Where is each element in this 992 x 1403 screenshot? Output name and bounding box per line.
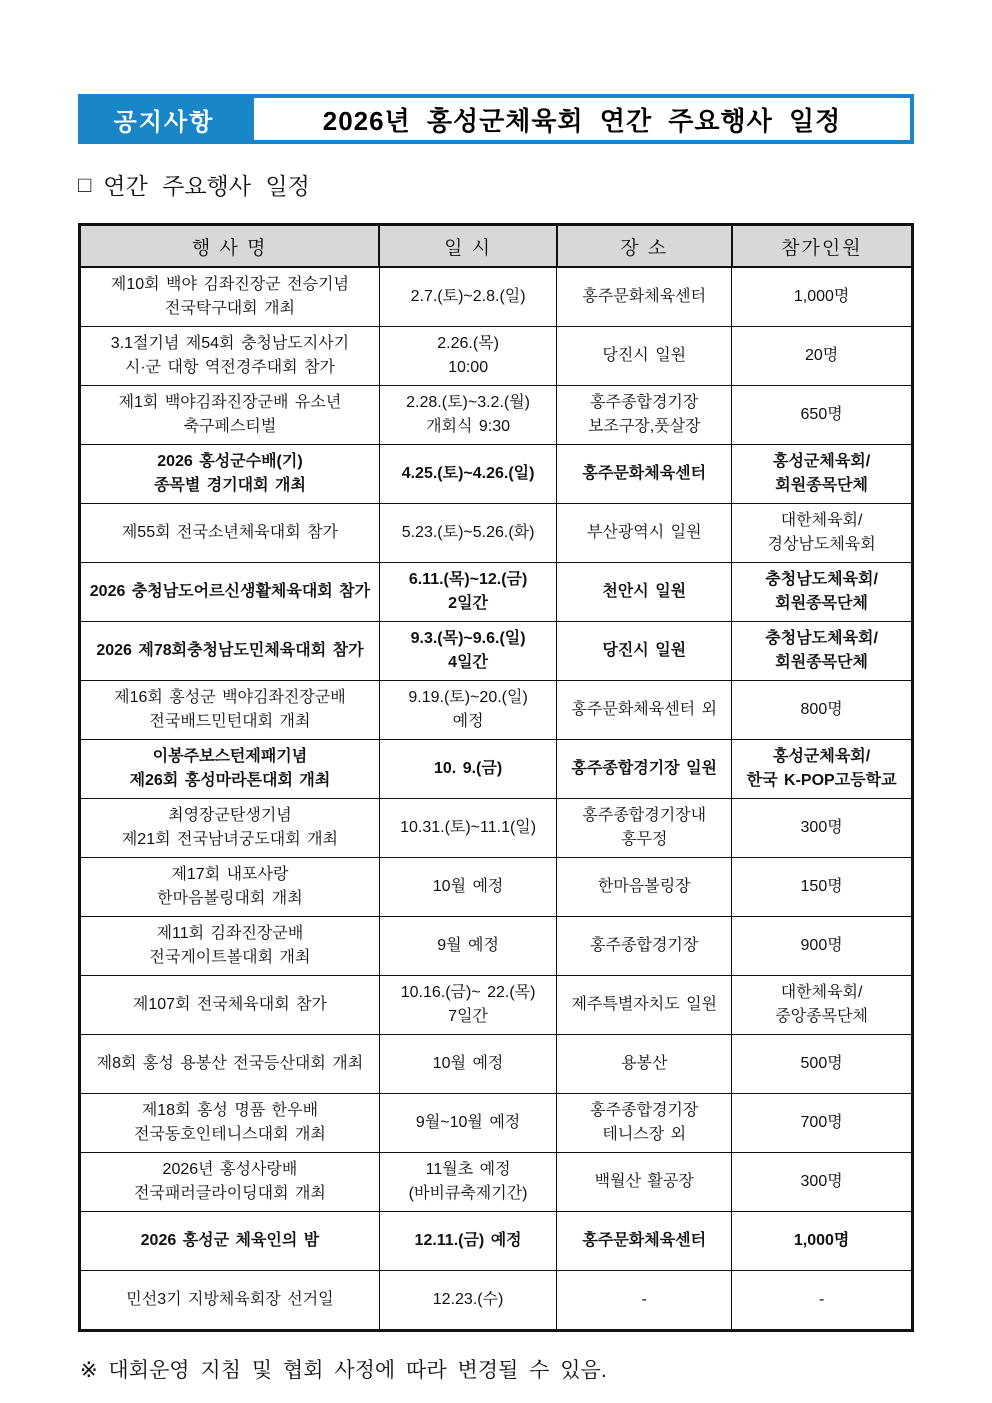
event-cell: 2026년 홍성사랑배 전국패러글라이딩대회 개최	[80, 1153, 380, 1212]
participants-cell: 900명	[732, 917, 913, 976]
participants-cell: 대한체육회/ 중앙종목단체	[732, 976, 913, 1035]
table-header-cell: 장 소	[557, 225, 732, 268]
table-row: 2026 홍성군 체육인의 밤12.11.(금) 예정홍주문화체육센터1,000…	[80, 1212, 913, 1271]
participants-cell: 300명	[732, 1153, 913, 1212]
place-cell: 제주특별자치도 일원	[557, 976, 732, 1035]
place-cell: 홍주문화체육센터	[557, 267, 732, 327]
place-cell: 천안시 일원	[557, 563, 732, 622]
participants-cell: 충청남도체육회/ 회원종목단체	[732, 563, 913, 622]
event-cell: 민선3기 지방체육회장 선거일	[80, 1271, 380, 1331]
table-row: 제8회 홍성 용봉산 전국등산대회 개최10월 예정용봉산500명	[80, 1035, 913, 1094]
participants-cell: 1,000명	[732, 267, 913, 327]
footnote: ※ 대회운영 지침 및 협회 사정에 따라 변경될 수 있음.	[78, 1354, 914, 1384]
place-cell: 홍주종합경기장 테니스장 외	[557, 1094, 732, 1153]
participants-cell: -	[732, 1271, 913, 1331]
table-header-row: 행 사 명일 시장 소참가인원	[80, 225, 913, 268]
event-cell: 제55회 전국소년체육대회 참가	[80, 504, 380, 563]
event-cell: 제18회 홍성 명품 한우배 전국동호인테니스대회 개최	[80, 1094, 380, 1153]
date-cell: 10. 9.(금)	[379, 740, 556, 799]
place-cell: -	[557, 1271, 732, 1331]
date-cell: 6.11.(목)~12.(금) 2일간	[379, 563, 556, 622]
participants-cell: 650명	[732, 386, 913, 445]
table-row: 3.1절기념 제54회 충청남도지사기 시·군 대항 역전경주대회 참가2.26…	[80, 327, 913, 386]
participants-cell: 700명	[732, 1094, 913, 1153]
event-cell: 제8회 홍성 용봉산 전국등산대회 개최	[80, 1035, 380, 1094]
table-row: 제11회 김좌진장군배 전국게이트볼대회 개최9월 예정홍주종합경기장900명	[80, 917, 913, 976]
date-cell: 9월 예정	[379, 917, 556, 976]
notice-page: 공지사항 2026년 홍성군체육회 연간 주요행사 일정 □ 연간 주요행사 일…	[78, 0, 914, 1384]
date-cell: 10.31.(토)~11.1(일)	[379, 799, 556, 858]
event-cell: 이봉주보스턴제패기념 제26회 홍성마라톤대회 개최	[80, 740, 380, 799]
date-cell: 2.28.(토)~3.2.(월) 개회식 9:30	[379, 386, 556, 445]
table-row: 제55회 전국소년체육대회 참가5.23.(토)~5.26.(화)부산광역시 일…	[80, 504, 913, 563]
place-cell: 용봉산	[557, 1035, 732, 1094]
participants-cell: 홍성군체육회/ 회원종목단체	[732, 445, 913, 504]
place-cell: 홍주문화체육센터 외	[557, 681, 732, 740]
date-cell: 2.26.(목) 10:00	[379, 327, 556, 386]
date-cell: 4.25.(토)~4.26.(일)	[379, 445, 556, 504]
square-bullet-icon: □	[78, 174, 91, 196]
event-cell: 제1회 백야김좌진장군배 유소년 축구페스티벌	[80, 386, 380, 445]
place-cell: 홍주종합경기장내 홍무정	[557, 799, 732, 858]
table-row: 제1회 백야김좌진장군배 유소년 축구페스티벌2.28.(토)~3.2.(월) …	[80, 386, 913, 445]
event-cell: 제10회 백야 김좌진장군 전승기념 전국탁구대회 개최	[80, 267, 380, 327]
table-row: 이봉주보스턴제패기념 제26회 홍성마라톤대회 개최10. 9.(금)홍주종합경…	[80, 740, 913, 799]
place-cell: 홍주종합경기장 보조구장,풋살장	[557, 386, 732, 445]
table-row: 제17회 내포사랑 한마음볼링대회 개최10월 예정한마음볼링장150명	[80, 858, 913, 917]
participants-cell: 500명	[732, 1035, 913, 1094]
participants-cell: 홍성군체육회/ 한국 K-POP고등학교	[732, 740, 913, 799]
place-cell: 홍주종합경기장 일원	[557, 740, 732, 799]
participants-cell: 충청남도체육회/ 회원종목단체	[732, 622, 913, 681]
place-cell: 당진시 일원	[557, 622, 732, 681]
table-row: 2026 충청남도어르신생활체육대회 참가6.11.(목)~12.(금) 2일간…	[80, 563, 913, 622]
participants-cell: 150명	[732, 858, 913, 917]
date-cell: 10.16.(금)~ 22.(목) 7일간	[379, 976, 556, 1035]
page-title: 2026년 홍성군체육회 연간 주요행사 일정	[250, 94, 914, 144]
table-row: 2026년 홍성사랑배 전국패러글라이딩대회 개최11월초 예정 (바비큐축제기…	[80, 1153, 913, 1212]
date-cell: 10월 예정	[379, 1035, 556, 1094]
table-row: 제18회 홍성 명품 한우배 전국동호인테니스대회 개최9월~10월 예정홍주종…	[80, 1094, 913, 1153]
table-header-cell: 일 시	[379, 225, 556, 268]
notice-header-bar: 공지사항 2026년 홍성군체육회 연간 주요행사 일정	[78, 94, 914, 144]
table-row: 민선3기 지방체육회장 선거일12.23.(수)--	[80, 1271, 913, 1331]
date-cell: 9.19.(토)~20.(일) 예정	[379, 681, 556, 740]
event-cell: 2026 홍성군 체육인의 밤	[80, 1212, 380, 1271]
table-row: 2026 제78회충청남도민체육대회 참가9.3.(목)~9.6.(일) 4일간…	[80, 622, 913, 681]
date-cell: 2.7.(토)~2.8.(일)	[379, 267, 556, 327]
date-cell: 12.11.(금) 예정	[379, 1212, 556, 1271]
place-cell: 당진시 일원	[557, 327, 732, 386]
place-cell: 백월산 활공장	[557, 1153, 732, 1212]
notice-badge: 공지사항	[78, 94, 250, 144]
table-row: 2026 홍성군수배(기) 종목별 경기대회 개최4.25.(토)~4.26.(…	[80, 445, 913, 504]
event-cell: 제16회 홍성군 백야김좌진장군배 전국배드민턴대회 개최	[80, 681, 380, 740]
participants-cell: 대한체육회/ 경상남도체육회	[732, 504, 913, 563]
date-cell: 10월 예정	[379, 858, 556, 917]
table-row: 제16회 홍성군 백야김좌진장군배 전국배드민턴대회 개최9.19.(토)~20…	[80, 681, 913, 740]
event-cell: 제107회 전국체육대회 참가	[80, 976, 380, 1035]
event-cell: 2026 충청남도어르신생활체육대회 참가	[80, 563, 380, 622]
place-cell: 홍주종합경기장	[557, 917, 732, 976]
event-cell: 최영장군탄생기념 제21회 전국남녀궁도대회 개최	[80, 799, 380, 858]
date-cell: 9월~10월 예정	[379, 1094, 556, 1153]
event-cell: 3.1절기념 제54회 충청남도지사기 시·군 대항 역전경주대회 참가	[80, 327, 380, 386]
date-cell: 9.3.(목)~9.6.(일) 4일간	[379, 622, 556, 681]
place-cell: 한마음볼링장	[557, 858, 732, 917]
event-cell: 2026 제78회충청남도민체육대회 참가	[80, 622, 380, 681]
participants-cell: 1,000명	[732, 1212, 913, 1271]
event-cell: 제17회 내포사랑 한마음볼링대회 개최	[80, 858, 380, 917]
event-cell: 2026 홍성군수배(기) 종목별 경기대회 개최	[80, 445, 380, 504]
section-heading: □ 연간 주요행사 일정	[78, 168, 914, 201]
place-cell: 홍주문화체육센터	[557, 1212, 732, 1271]
table-header-cell: 행 사 명	[80, 225, 380, 268]
event-cell: 제11회 김좌진장군배 전국게이트볼대회 개최	[80, 917, 380, 976]
table-header-cell: 참가인원	[732, 225, 913, 268]
place-cell: 부산광역시 일원	[557, 504, 732, 563]
table-row: 제107회 전국체육대회 참가10.16.(금)~ 22.(목) 7일간제주특별…	[80, 976, 913, 1035]
participants-cell: 300명	[732, 799, 913, 858]
table-row: 제10회 백야 김좌진장군 전승기념 전국탁구대회 개최2.7.(토)~2.8.…	[80, 267, 913, 327]
place-cell: 홍주문화체육센터	[557, 445, 732, 504]
schedule-table: 행 사 명일 시장 소참가인원 제10회 백야 김좌진장군 전승기념 전국탁구대…	[78, 223, 914, 1332]
participants-cell: 800명	[732, 681, 913, 740]
date-cell: 5.23.(토)~5.26.(화)	[379, 504, 556, 563]
participants-cell: 20명	[732, 327, 913, 386]
date-cell: 11월초 예정 (바비큐축제기간)	[379, 1153, 556, 1212]
table-row: 최영장군탄생기념 제21회 전국남녀궁도대회 개최10.31.(토)~11.1(…	[80, 799, 913, 858]
section-heading-label: 연간 주요행사 일정	[103, 168, 310, 201]
date-cell: 12.23.(수)	[379, 1271, 556, 1331]
